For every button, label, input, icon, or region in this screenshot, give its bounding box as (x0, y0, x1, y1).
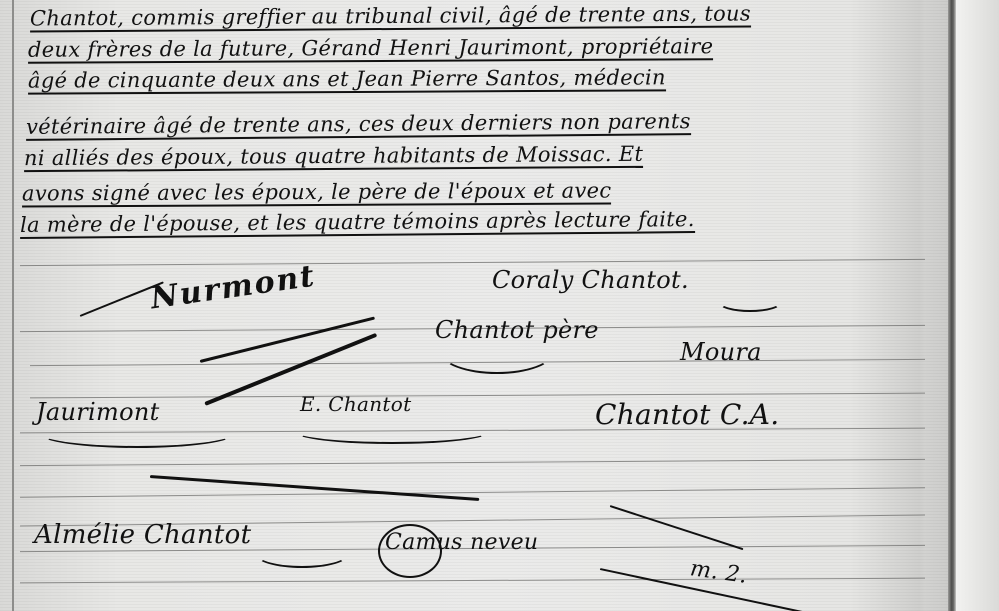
signature-flourish (255, 540, 349, 568)
signature-moura: Moura (680, 338, 762, 366)
ruled-line (30, 393, 925, 399)
ruled-line (20, 487, 925, 497)
signature-coraly-chantot: Coraly Chantot. (492, 266, 689, 294)
signature-flourish (610, 505, 744, 550)
signature-almelie-chantot: Almélie Chantot (34, 520, 251, 550)
body-line-2: deux frères de la future, Gérand Henri J… (28, 34, 713, 64)
signature-e-chantot: E. Chantot (300, 392, 411, 416)
binding-gutter (948, 0, 956, 611)
left-margin-line (12, 0, 14, 611)
body-line-3: âgé de cinquante deux ans et Jean Pierre… (28, 65, 666, 94)
signature-flourish (378, 524, 442, 578)
body-line-6: avons signé avec les époux, le père de l… (22, 178, 612, 207)
body-line-5: ni alliés des époux, tous quatre habitan… (24, 142, 643, 172)
signature-flourish (200, 316, 375, 362)
signature-flourish (150, 475, 479, 501)
register-page: Chantot, commis greffier au tribunal civ… (0, 0, 999, 611)
signature-chantot-ca: Chantot C.A. (595, 398, 780, 431)
signature-flourish (718, 292, 782, 312)
binding-shadow (925, 0, 949, 611)
body-line-1: Chantot, commis greffier au tribunal civ… (30, 1, 751, 32)
body-line-7: la mère de l'épouse, et les quatre témoi… (20, 207, 695, 239)
signature-flourish (295, 420, 489, 444)
signature-nurmont: Nurmont (148, 259, 318, 317)
signature-mark: m. 2. (689, 556, 749, 589)
ruled-line (20, 459, 925, 466)
ruled-line (20, 259, 925, 266)
body-line-4: vétérinaire âgé de trente ans, ces deux … (26, 109, 691, 141)
facing-page-edge (956, 0, 999, 611)
signature-flourish (440, 330, 554, 374)
signature-flourish (40, 420, 234, 448)
ruled-line (20, 578, 925, 584)
